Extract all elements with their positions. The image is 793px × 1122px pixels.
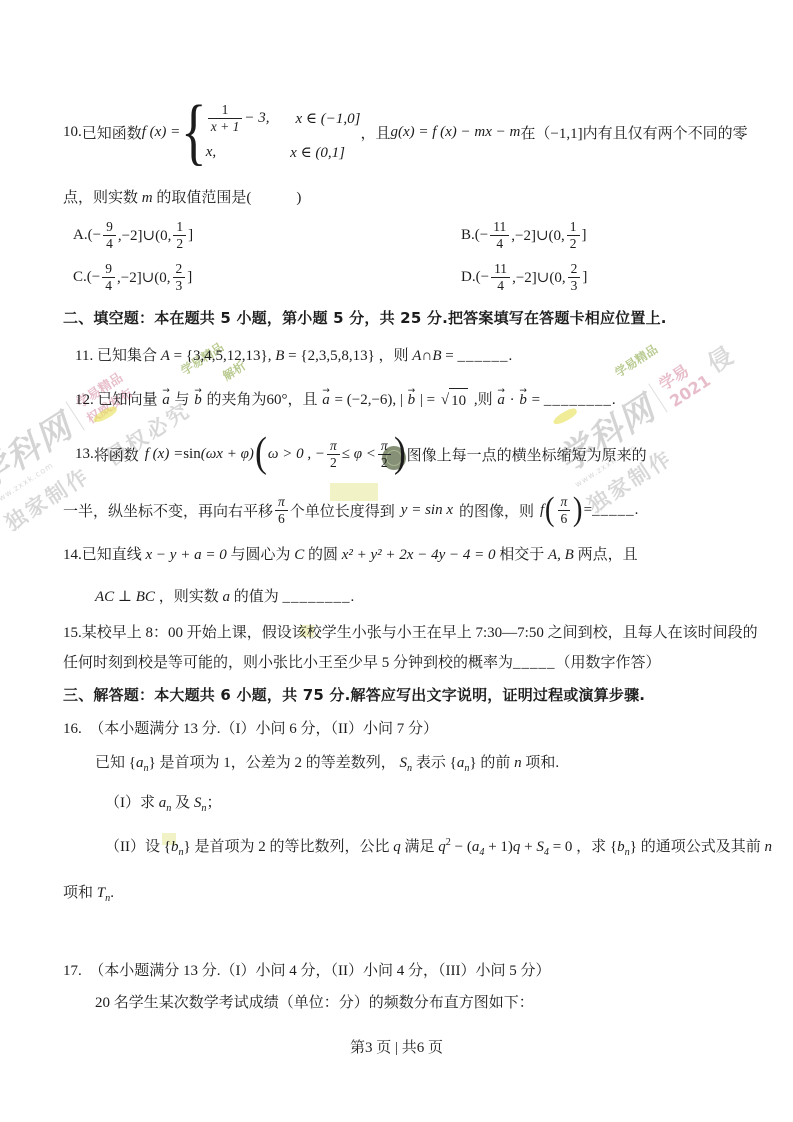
sequence-b-n: {bn} bbox=[610, 839, 637, 855]
fraction: π6 bbox=[275, 494, 288, 525]
formula-fragment: ≤ φ < bbox=[342, 446, 376, 463]
question-text: ，则 bbox=[379, 348, 409, 364]
answer-blank: _____ bbox=[592, 502, 635, 519]
question-number: 12. bbox=[75, 392, 94, 408]
question-16-part2: （II）设 {bn} 是首项为 2 的等比数列，公比 q 满足 q2 − (a4… bbox=[63, 831, 737, 865]
T-n: Tn bbox=[97, 885, 110, 901]
formula-fragment: B bbox=[275, 348, 284, 364]
condition: x ∈ (−1,0] bbox=[295, 109, 360, 128]
fraction: 12 bbox=[567, 219, 580, 250]
fraction: 23 bbox=[568, 261, 581, 292]
question-number: 16. bbox=[63, 721, 82, 737]
question-text: 某校早上 8：00 开始上课，假设该校学生小张与小王在早上 7:30—7:50 … bbox=[82, 625, 758, 641]
question-text: 表示 bbox=[416, 755, 446, 771]
option-A: A.(−94,−2]∪(0,12] bbox=[63, 214, 461, 256]
fraction: π2 bbox=[378, 438, 391, 469]
fraction: π6 bbox=[558, 494, 571, 525]
sequence-a-n: {an} bbox=[129, 755, 156, 771]
formula-fragment: sin bbox=[183, 446, 201, 463]
question-16-intro: 已知 {an} 是首项为 1，公差为 2 的等差数列， Sn 表示 {an} 的… bbox=[63, 751, 737, 781]
formula-fragment: C bbox=[294, 547, 304, 563]
vector-b: b bbox=[194, 388, 202, 412]
formula-fragment: ω > 0 , − bbox=[268, 446, 325, 463]
sequence-b-n: {bn} bbox=[164, 839, 191, 855]
vector-b: b bbox=[519, 388, 527, 412]
answer-blank: ________ bbox=[282, 589, 350, 605]
section-heading-fill-in: 二、填空题：本在题共 5 小题，第小题 5 分，共 25 分.把答案填写在答题卡… bbox=[63, 306, 737, 330]
question-text: 项和 bbox=[63, 885, 93, 901]
question-text: 将函数 bbox=[94, 444, 139, 465]
formula-fragment: x, bbox=[206, 144, 216, 161]
question-text: ，且 bbox=[360, 122, 390, 143]
formula-fragment: f bbox=[540, 502, 544, 519]
question-number: 17. bbox=[63, 963, 82, 979]
question-text: 满足 bbox=[405, 839, 435, 855]
right-paren: ) bbox=[394, 436, 406, 472]
option-D: D.(−114,−2]∪(0,23] bbox=[461, 256, 587, 298]
question-16-header: 16. （本小题满分 13 分.（I）小问 6 分，（II）小问 7 分） bbox=[63, 717, 737, 741]
formula-fragment: = bbox=[584, 502, 592, 519]
left-paren: ( bbox=[545, 496, 555, 525]
question-text: 是首项为 2 的等比数列，公比 bbox=[195, 839, 390, 855]
formula-fragment: B bbox=[432, 348, 441, 364]
exam-page: 学科网 学易精品 权威发布 www.zxxk.com 独家制作 侵权必究 学科网… bbox=[0, 0, 793, 1122]
formula-fragment: x − y + a = 0 bbox=[146, 547, 227, 563]
quadratic-formula: q2 − (a4 + 1)q + S4 = 0 ，求 bbox=[438, 839, 606, 855]
S-n: Sn bbox=[194, 795, 207, 811]
S-n: Sn bbox=[400, 755, 413, 771]
period: . bbox=[110, 885, 114, 901]
question-14-line1: 14.已知直线 x − y + a = 0 与圆心为 C 的圆 x² + y² … bbox=[63, 543, 737, 567]
formula-fragment: − 3, bbox=[244, 110, 269, 127]
piecewise-function: { 1x + 1 − 3, x ∈ (−1,0] x, x ∈ (0,1] bbox=[180, 99, 360, 166]
question-text: 已知函数 bbox=[82, 122, 142, 143]
formula-fragment: n bbox=[514, 755, 522, 771]
sequence-a-n: {an} bbox=[450, 755, 477, 771]
question-text: 是首项为 1，公差为 2 的等差数列， bbox=[160, 755, 396, 771]
formula-fragment: n bbox=[764, 839, 772, 855]
left-brace: { bbox=[181, 99, 207, 166]
answer-blank: ________ bbox=[544, 392, 612, 408]
formula-fragment: m bbox=[142, 190, 153, 206]
formula-fragment: A, B bbox=[548, 547, 574, 563]
question-17-header: 17. （本小题满分 13 分.（I）小问 4 分，（II）小问 4 分，（II… bbox=[63, 959, 737, 983]
question-11: 11. 已知集合 A = {3,4,5,12,13}, B = {2,3,5,8… bbox=[63, 344, 737, 368]
left-paren: ( bbox=[255, 436, 267, 472]
answer-blank: _____ bbox=[513, 655, 556, 671]
question-text: 在（−1,1]内有且仅有两个不同的零 bbox=[520, 122, 747, 143]
fraction: 94 bbox=[103, 219, 116, 250]
fraction: π2 bbox=[327, 438, 340, 469]
question-10-line1: 10.已知函数 f (x) = { 1x + 1 − 3, x ∈ (−1,0]… bbox=[63, 90, 737, 174]
formula-fragment: = {3,4,5,12,13}, bbox=[174, 348, 272, 364]
question-14-line2: AC ⊥ BC ，则实数 a 的值为 ________. bbox=[63, 585, 737, 609]
question-text: 的值为 bbox=[234, 589, 279, 605]
question-text: 已知集合 bbox=[97, 348, 157, 364]
formula-fragment: | = bbox=[420, 392, 435, 408]
question-13-line2: 一半，纵坐标不变，再向右平移 π6 个单位长度得到 y = sin x 的图像，… bbox=[63, 487, 737, 533]
question-text: 已知 bbox=[95, 755, 125, 771]
question-15-line2: 任何时刻到校是等可能的，则小张比小王至少早 5 分钟到校的概率为_____（用数… bbox=[63, 651, 737, 675]
question-text: 的夹角为60°，且 bbox=[207, 392, 318, 408]
vector-b: b bbox=[408, 388, 416, 412]
question-12: 12. 已知向量 a 与 b 的夹角为60°，且 a = (−2,−6), | … bbox=[63, 388, 737, 413]
question-number: 11. bbox=[75, 348, 93, 364]
formula-fragment: (ωx + φ) bbox=[201, 446, 254, 463]
question-text: （I）求 bbox=[105, 795, 155, 811]
option-C: C.(−94,−2]∪(0,23] bbox=[63, 256, 461, 298]
question-text: 与圆心为 bbox=[230, 547, 290, 563]
formula-fragment: f (x) = bbox=[145, 446, 183, 463]
question-10-line2: 点，则实数 m 的取值范围是( ) bbox=[63, 186, 737, 210]
question-10-options-row2: C.(−94,−2]∪(0,23] D.(−114,−2]∪(0,23] bbox=[63, 256, 737, 298]
question-16-part1: （I）求 an 及 Sn； bbox=[63, 791, 737, 821]
period: . bbox=[350, 589, 354, 605]
question-text: 的圆 bbox=[308, 547, 338, 563]
intersection-symbol: ∩ bbox=[421, 348, 432, 364]
formula-fragment: A bbox=[161, 348, 170, 364]
vector-a: a bbox=[322, 388, 330, 412]
fraction: 114 bbox=[490, 219, 509, 250]
formula-fragment: = bbox=[532, 392, 540, 408]
question-text: ，则实数 bbox=[159, 589, 219, 605]
right-paren: ) bbox=[573, 496, 583, 525]
period: . bbox=[508, 348, 512, 364]
question-text: 与 bbox=[175, 392, 190, 408]
question-text: （本小题满分 13 分.（I）小问 6 分，（II）小问 7 分） bbox=[97, 721, 438, 737]
question-text: 的前 bbox=[480, 755, 510, 771]
formula-fragment: y = sin x bbox=[401, 502, 453, 519]
answer-blank: ______ bbox=[457, 348, 508, 364]
fraction: 114 bbox=[491, 261, 510, 292]
question-16-part2-cont: 项和 Tn. bbox=[63, 881, 737, 911]
question-text: 的通项公式及其前 bbox=[641, 839, 761, 855]
vector-a: a bbox=[162, 388, 170, 412]
question-text: 项和. bbox=[525, 755, 559, 771]
question-text: 已知直线 bbox=[82, 547, 142, 563]
question-text: 的取值范围是( ) bbox=[156, 190, 301, 206]
question-text: ,则 bbox=[474, 392, 493, 408]
question-15-line1: 15.某校早上 8：00 开始上课，假设该校学生小张与小王在早上 7:30—7:… bbox=[63, 621, 737, 645]
formula-fragment: x² + y² + 2x − 4y − 4 = 0 bbox=[342, 547, 496, 563]
question-text: （用数字作答） bbox=[556, 655, 661, 671]
dot-operator: · bbox=[510, 392, 515, 408]
question-text: 及 bbox=[175, 795, 190, 811]
formula-fragment: = {2,3,5,8,13} bbox=[288, 348, 375, 364]
question-17-body: 20 名学生某次数学考试成绩（单位：分）的频数分布直方图如下： bbox=[63, 991, 737, 1015]
question-text: 一半，纵坐标不变，再向右平移 bbox=[63, 500, 273, 521]
formula-fragment: g(x) = f (x) − mx − m bbox=[390, 124, 520, 141]
formula-fragment: = bbox=[445, 348, 453, 364]
square-root: √10 bbox=[441, 388, 468, 413]
question-text: 相交于 bbox=[499, 547, 544, 563]
fraction: 23 bbox=[173, 261, 186, 292]
question-number: 10. bbox=[63, 124, 82, 141]
fraction: 12 bbox=[173, 219, 186, 250]
option-B: B.(−114,−2]∪(0,12] bbox=[461, 214, 587, 256]
question-text: 已知向量 bbox=[98, 392, 158, 408]
condition: x ∈ (0,1] bbox=[290, 143, 345, 162]
question-text: 点，则实数 bbox=[63, 190, 138, 206]
question-number: 13. bbox=[75, 446, 94, 463]
page-footer: 第3 页 | 共6 页 bbox=[0, 1036, 793, 1057]
formula-fragment: a bbox=[222, 589, 230, 605]
a-n: an bbox=[159, 795, 172, 811]
formula-fragment: f (x) = bbox=[142, 124, 180, 141]
page-number: 第3 页 | 共6 页 bbox=[350, 1040, 443, 1056]
fraction: 1x + 1 bbox=[208, 102, 243, 133]
vector-a: a bbox=[497, 388, 505, 412]
formula-fragment: AC ⊥ BC bbox=[95, 589, 155, 605]
question-text: 20 名学生某次数学考试成绩（单位：分）的频数分布直方图如下： bbox=[95, 995, 534, 1011]
question-text: （II）设 bbox=[105, 839, 160, 855]
question-text: 的图像，则 bbox=[459, 500, 534, 521]
question-number: 15. bbox=[63, 625, 82, 641]
period: . bbox=[635, 502, 639, 519]
formula-fragment: q bbox=[393, 839, 401, 855]
fraction: 94 bbox=[102, 261, 115, 292]
question-text: （本小题满分 13 分.（I）小问 4 分，（II）小问 4 分，（III）小问… bbox=[97, 963, 551, 979]
question-text: 任何时刻到校是等可能的，则小张比小王至少早 5 分钟到校的概率为 bbox=[63, 655, 513, 671]
question-13-line1: 13. 将函数 f (x) = sin (ωx + φ) ( ω > 0 , −… bbox=[63, 429, 737, 479]
formula-fragment: = (−2,−6), | bbox=[335, 392, 403, 408]
question-text: 图像上每一点的横坐标缩短为原来的 bbox=[407, 444, 647, 465]
question-text: 两点，且 bbox=[578, 547, 638, 563]
section-heading-solutions: 三、解答题：本大题共 6 小题，共 75 分.解答应写出文字说明，证明过程或演算… bbox=[63, 683, 737, 707]
question-text: ； bbox=[206, 795, 221, 811]
question-number: 14. bbox=[63, 547, 82, 563]
question-text: 个单位长度得到 bbox=[290, 500, 395, 521]
question-10-options-row1: A.(−94,−2]∪(0,12] B.(−114,−2]∪(0,12] bbox=[63, 214, 737, 256]
period: . bbox=[612, 392, 616, 408]
